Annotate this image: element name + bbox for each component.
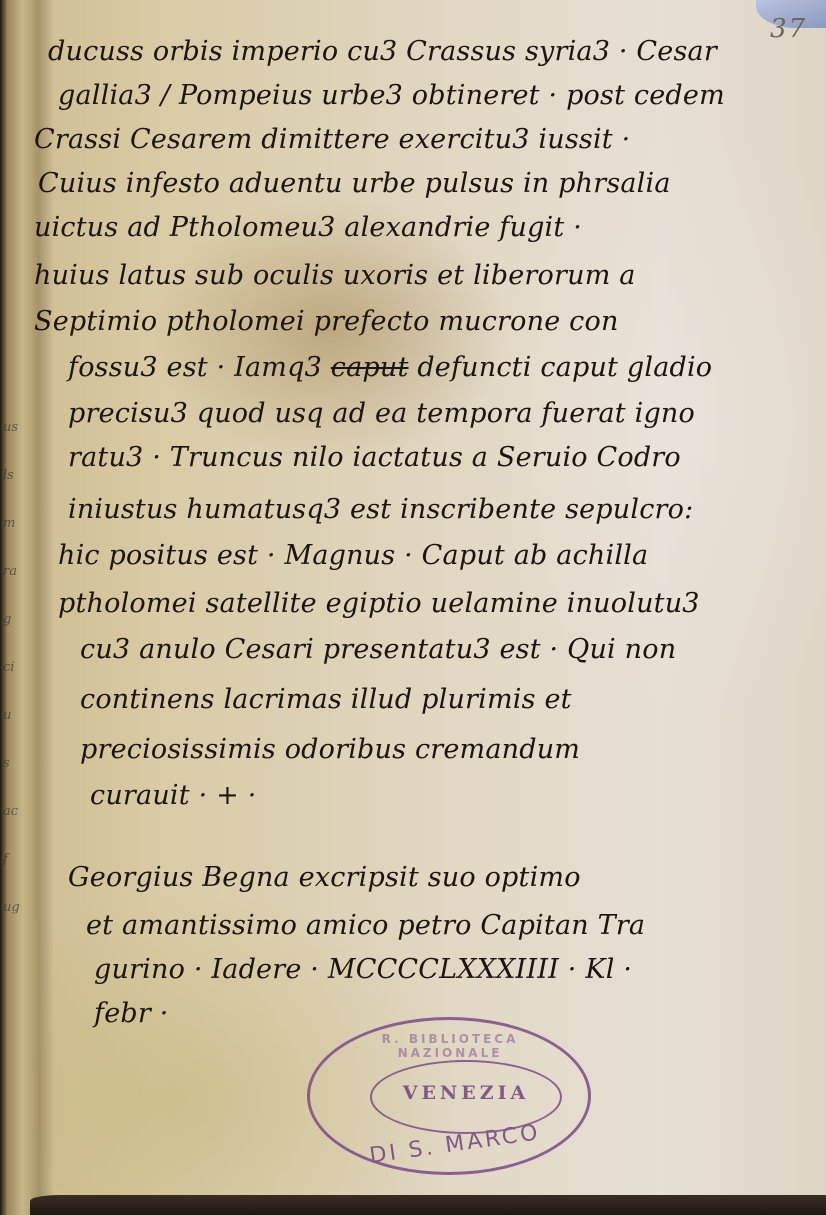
library-stamp: R. BIBLIOTECA NAZIONALE VENEZIA DI S. MA… <box>307 1017 591 1175</box>
text-line: hic positus est · Magnus · Caput ab achi… <box>58 540 648 571</box>
margin-fragment: s <box>3 756 39 804</box>
text-line: gallia3 / Pompeius urbe3 obtineret · pos… <box>58 80 725 111</box>
margin-fragment: ra <box>3 564 39 612</box>
text-line: ratu3 · Truncus nilo iactatus a Seruio C… <box>68 442 681 473</box>
margin-fragment: ci <box>3 660 39 708</box>
line-segment: fossu3 est · Iamq3 <box>68 352 322 383</box>
colophon-line: et amantissimo amico petro Capitan Tra <box>86 910 645 941</box>
text-line: Crassi Cesarem dimittere exercitu3 iussi… <box>34 124 630 155</box>
text-line: precisu3 quod usq ad ea tempora fuerat i… <box>68 398 695 429</box>
text-line: fossu3 est · Iamq3 caput defuncti caput … <box>68 352 712 383</box>
text-line: Cuius infesto aduentu urbe pulsus in phr… <box>38 168 671 199</box>
margin-fragment: u <box>3 708 39 756</box>
margin-fragment: g <box>3 612 39 660</box>
margin-fragment: ac <box>3 804 39 852</box>
facing-page-margin: us ls m ra g ci u s ac f ug <box>3 420 39 948</box>
margin-fragment: f <box>3 852 39 900</box>
line-segment: defuncti caput gladio <box>417 352 712 383</box>
folio-number: 37 <box>770 14 807 44</box>
colophon-line: febr · <box>94 998 169 1029</box>
margin-fragment: ls <box>3 468 39 516</box>
stamp-center-text: VENEZIA <box>370 1082 562 1104</box>
margin-fragment: m <box>3 516 39 564</box>
struck-word: caput <box>331 352 409 383</box>
text-line: continens lacrimas illud plurimis et <box>80 684 572 715</box>
text-line: cu3 anulo Cesari presentatu3 est · Qui n… <box>80 634 676 665</box>
text-line: iniustus humatusq3 est inscribente sepul… <box>68 494 693 525</box>
colophon-line: gurino · Iadere · MCCCCLXXXIIII · Kl · <box>94 954 632 985</box>
text-line: Septimio ptholomei prefecto mucrone con <box>34 306 619 337</box>
text-line: preciosissimis odoribus cremandum <box>80 734 580 765</box>
manuscript-page: 37 us ls m ra g ci u s ac f ug ducuss or… <box>0 0 826 1215</box>
text-line: ptholomei satellite egiptio uelamine inu… <box>58 588 700 619</box>
page-bottom-edge <box>30 1195 826 1215</box>
text-line: curauit · + · <box>90 780 257 811</box>
margin-fragment: ug <box>3 900 39 948</box>
text-line: uictus ad Ptholomeu3 alexandrie fugit · <box>34 212 582 243</box>
text-line: huius latus sub oculis uxoris et liberor… <box>34 260 636 291</box>
stamp-top-text: R. BIBLIOTECA NAZIONALE <box>330 1032 570 1060</box>
colophon-line: Georgius Begna excripsit suo optimo <box>68 862 581 893</box>
text-line: ducuss orbis imperio cu3 Crassus syria3 … <box>48 36 717 67</box>
margin-fragment: us <box>3 420 39 468</box>
